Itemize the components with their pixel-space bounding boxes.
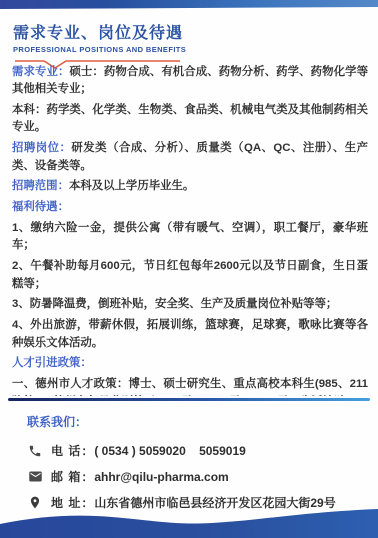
paragraph-keyword: 招聘范围：: [12, 180, 69, 192]
paragraph: 4、外出旅游，带薪休假，拓展训练，篮球赛，足球赛，歌咏比赛等各种娱乐文体活动。: [12, 317, 368, 352]
phone-icon: [27, 443, 43, 459]
paragraph-text: 4、外出旅游，带薪休假，拓展训练，篮球赛，足球赛，歌咏比赛等各种娱乐文体活动。: [12, 319, 368, 348]
paragraph-text: 本科及以上学历毕业生。: [69, 180, 194, 192]
email-address: ahhr@qilu-pharma.com: [94, 470, 228, 484]
paragraph: 1、缴纳六险一金，提供公寓（带有暖气、空调），职工餐厅，豪华班车；: [12, 220, 368, 255]
paragraph: 招聘岗位：研发类（合成、分析）、质量类（QA、QC、注册）、生产类、设备类等。: [12, 140, 368, 175]
contact-label: 电 话：: [51, 442, 94, 459]
section-header: 需求专业、岗位及待遇 PROFESSIONAL POSITIONS AND BE…: [13, 20, 353, 70]
page-title: 需求专业、岗位及待遇: [13, 20, 353, 43]
paragraph-text: 2、午餐补助每月600元，节日红包每年2600元以及节日副食，生日蛋糕等；: [12, 260, 368, 289]
flyer-page: 需求专业、岗位及待遇 PROFESSIONAL POSITIONS AND BE…: [0, 0, 378, 538]
paragraph-text: 本科：药学类、化学类、生物类、食品类、机械电气类及其他制药相关专业。: [12, 104, 368, 133]
paragraph-keyword: 人才引进政策：: [12, 357, 92, 369]
paragraph: 人才引进政策：: [12, 355, 368, 372]
contact-label: 邮 箱：: [51, 468, 94, 485]
paragraph: 福利待遇：: [12, 199, 368, 216]
contact-heading: 联系我们：: [27, 413, 367, 430]
paragraph-keyword: 需求专业：: [12, 66, 69, 78]
contact-row-email: 邮 箱： ahhr@qilu-pharma.com: [27, 468, 367, 485]
paragraph: 招聘范围：本科及以上学历毕业生。: [12, 178, 368, 195]
contact-row-phone: 电 话： ( 0534 ) 5059020 5059019: [27, 442, 367, 459]
phone-number: ( 0534 ) 5059020 5059019: [94, 444, 245, 458]
paragraph: 2、午餐补助每月600元，节日红包每年2600元以及节日副食，生日蛋糕等；: [12, 258, 368, 293]
bottom-wave-decoration: [0, 502, 378, 538]
paragraph-text: 3、防暑降温费，倒班补贴，安全奖、生产及质量岗位补贴等等；: [12, 298, 337, 310]
paragraph-keyword: 招聘岗位：: [12, 142, 71, 154]
mail-icon: [27, 469, 43, 485]
paragraph: 一、德州市人才政策：博士、硕士研究生、重点高校本科生(985、211院校 )，德…: [12, 376, 368, 396]
paragraph-text: 一、德州市人才政策：博士、硕士研究生、重点高校本科生(985、211院校 )，德…: [12, 378, 368, 396]
body-text: 需求专业：硕士：药物合成、有机合成、药物分析、药学、药物化学等其他相关专业； 本…: [12, 64, 368, 396]
section-separator-line: [8, 398, 370, 401]
paragraph-text: 1、缴纳六险一金，提供公寓（带有暖气、空调），职工餐厅，豪华班车；: [12, 222, 368, 251]
paragraph-keyword: 福利待遇：: [12, 201, 69, 213]
paragraph: 需求专业：硕士：药物合成、有机合成、药物分析、药学、药物化学等其他相关专业；: [12, 64, 368, 99]
top-gradient-bar: [0, 0, 378, 9]
page-subtitle: PROFESSIONAL POSITIONS AND BENEFITS: [13, 45, 353, 54]
paragraph: 3、防暑降温费，倒班补贴，安全奖、生产及质量岗位补贴等等；: [12, 296, 368, 313]
paragraph: 本科：药学类、化学类、生物类、食品类、机械电气类及其他制药相关专业。: [12, 102, 368, 137]
